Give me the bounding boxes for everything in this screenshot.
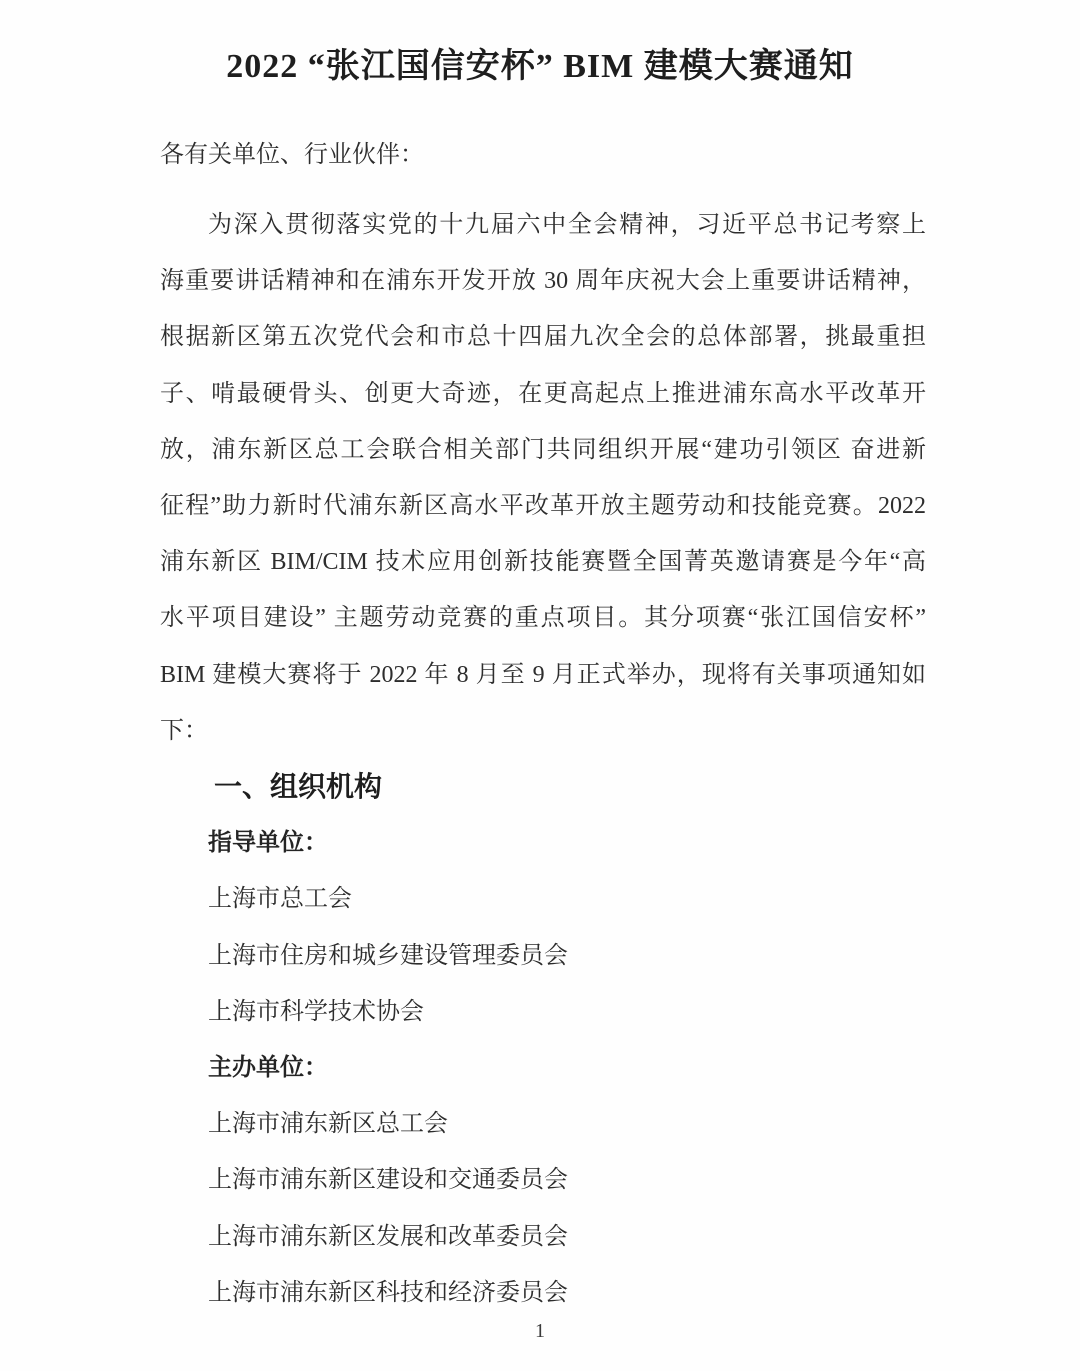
document-body: 为深入贯彻落实党的十九届六中全会精神，习近平总书记考察上 海重要讲话精神和在浦东… bbox=[160, 197, 926, 1321]
org-item: 上海市浦东新区发展和改革委员会 bbox=[160, 1209, 926, 1265]
paragraph-line: 海重要讲话精神和在浦东开发开放 30 周年庆祝大会上重要讲话精神， bbox=[160, 253, 926, 309]
org-item: 上海市总工会 bbox=[160, 871, 926, 927]
paragraph-line: 子、啃最硬骨头、创更大奇迹，在更高起点上推进浦东高水平改革开 bbox=[160, 366, 926, 422]
guide-units-label: 指导单位： bbox=[160, 815, 926, 871]
paragraph-line: 下： bbox=[160, 703, 926, 759]
document-page: 2022 “张江国信安杯” BIM 建模大赛通知 各有关单位、行业伙伴： 为深入… bbox=[0, 0, 1080, 1371]
org-item: 上海市浦东新区总工会 bbox=[160, 1096, 926, 1152]
paragraph-line: 为深入贯彻落实党的十九届六中全会精神，习近平总书记考察上 bbox=[160, 197, 926, 253]
paragraph-line: 根据新区第五次党代会和市总十四届九次全会的总体部署，挑最重担 bbox=[160, 309, 926, 365]
org-item: 上海市浦东新区建设和交通委员会 bbox=[160, 1152, 926, 1208]
salutation-line: 各有关单位、行业伙伴： bbox=[160, 139, 926, 171]
page-number: 1 bbox=[0, 1320, 1080, 1343]
paragraph-line: 放，浦东新区总工会联合相关部门共同组织开展“建功引领区 奋进新 bbox=[160, 422, 926, 478]
host-units-label: 主办单位： bbox=[160, 1040, 926, 1096]
org-item: 上海市科学技术协会 bbox=[160, 984, 926, 1040]
paragraph-line: BIM 建模大赛将于 2022 年 8 月至 9 月正式举办，现将有关事项通知如 bbox=[160, 647, 926, 703]
org-item: 上海市浦东新区科技和经济委员会 bbox=[160, 1265, 926, 1321]
paragraph-line: 征程”助力新时代浦东新区高水平改革开放主题劳动和技能竞赛。2022 bbox=[160, 478, 926, 534]
paragraph-line: 浦东新区 BIM/CIM 技术应用创新技能赛暨全国菁英邀请赛是今年“高 bbox=[160, 534, 926, 590]
document-title: 2022 “张江国信安杯” BIM 建模大赛通知 bbox=[0, 46, 1080, 88]
paragraph-line: 水平项目建设” 主题劳动竞赛的重点项目。其分项赛“张江国信安杯” bbox=[160, 590, 926, 646]
section-heading-organization: 一、组织机构 bbox=[160, 759, 926, 815]
org-item: 上海市住房和城乡建设管理委员会 bbox=[160, 928, 926, 984]
